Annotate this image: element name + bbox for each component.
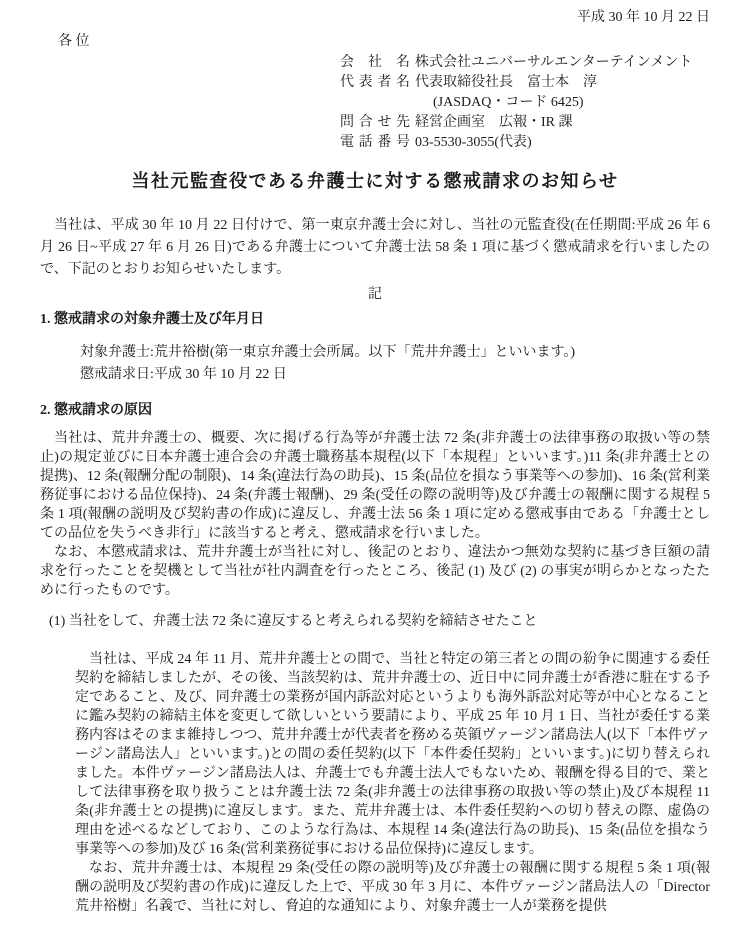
document-date: 平成 30 年 10 月 22 日 xyxy=(40,8,710,27)
press-release-document: 平成 30 年 10 月 22 日 各 位 会 社 名 株式会社ユニバーサルエン… xyxy=(0,0,750,916)
company-info-row-ticker: (JASDAQ・コード 6425) xyxy=(340,93,710,113)
contact-label: 問合せ先 xyxy=(340,113,410,133)
section2-paragraph-2: なお、本懲戒請求は、荒井弁護士が当社に対し、後記のとおり、違法かつ無効な契約に基… xyxy=(40,543,710,600)
request-date-line: 懲戒請求日:平成 30 年 10 月 22 日 xyxy=(80,364,710,386)
section2-paragraph-1: 当社は、荒井弁護士の、概要、次に掲げる行為等が弁護士法 72 条(非弁護士の法律… xyxy=(40,429,710,543)
subsection1-heading: (1) 当社をして、弁護士法 72 条に違反すると考えられる契約を締結させたこと xyxy=(49,612,710,631)
representative-value: 代表取締役社長 富士本 淳 xyxy=(415,73,597,93)
phone-value: 03-5530-3055(代表) xyxy=(415,133,532,153)
intro-paragraph: 当社は、平成 30 年 10 月 22 日付けで、第一東京弁護士会に対し、当社の… xyxy=(40,215,710,281)
subsection1-paragraph-1: 当社は、平成 24 年 11 月、荒井弁護士との間で、当社と特定の第三者との間の… xyxy=(75,650,710,859)
company-info-block: 会 社 名 株式会社ユニバーサルエンターテインメント 代表者名 代表取締役社長 … xyxy=(340,53,710,153)
contact-value: 経営企画室 広報・IR 課 xyxy=(415,113,573,133)
company-name-value: 株式会社ユニバーサルエンターテインメント xyxy=(415,53,692,73)
company-info-row-name: 会 社 名 株式会社ユニバーサルエンターテインメント xyxy=(340,53,710,73)
phone-label: 電話番号 xyxy=(340,133,410,153)
addressee: 各 位 xyxy=(58,32,710,52)
ticker-label xyxy=(340,93,410,113)
subsection1-body: 当社は、平成 24 年 11 月、荒井弁護士との間で、当社と特定の第三者との間の… xyxy=(75,650,710,916)
company-info-row-representative: 代表者名 代表取締役社長 富士本 淳 xyxy=(340,73,710,93)
company-name-label: 会 社 名 xyxy=(340,53,410,73)
company-info-row-phone: 電話番号 03-5530-3055(代表) xyxy=(340,133,710,153)
section2-heading: 2. 懲戒請求の原因 xyxy=(40,400,710,421)
page-title: 当社元監査役である弁護士に対する懲戒請求のお知らせ xyxy=(40,168,710,194)
section1-body: 対象弁護士:荒井裕樹(第一東京弁護士会所属。以下「荒井弁護士」といいます。) 懲… xyxy=(80,342,710,385)
subsection1-paragraph-2: なお、荒井弁護士は、本規程 29 条(受任の際の説明等)及び弁護士の報酬に関する… xyxy=(75,859,710,916)
representative-label: 代表者名 xyxy=(340,73,410,93)
ticker-value: (JASDAQ・コード 6425) xyxy=(433,93,584,113)
record-mark: 記 xyxy=(40,284,710,306)
company-info-row-contact: 問合せ先 経営企画室 広報・IR 課 xyxy=(340,113,710,133)
target-lawyer-line: 対象弁護士:荒井裕樹(第一東京弁護士会所属。以下「荒井弁護士」といいます。) xyxy=(80,342,710,364)
section1-heading: 1. 懲戒請求の対象弁護士及び年月日 xyxy=(40,309,710,330)
